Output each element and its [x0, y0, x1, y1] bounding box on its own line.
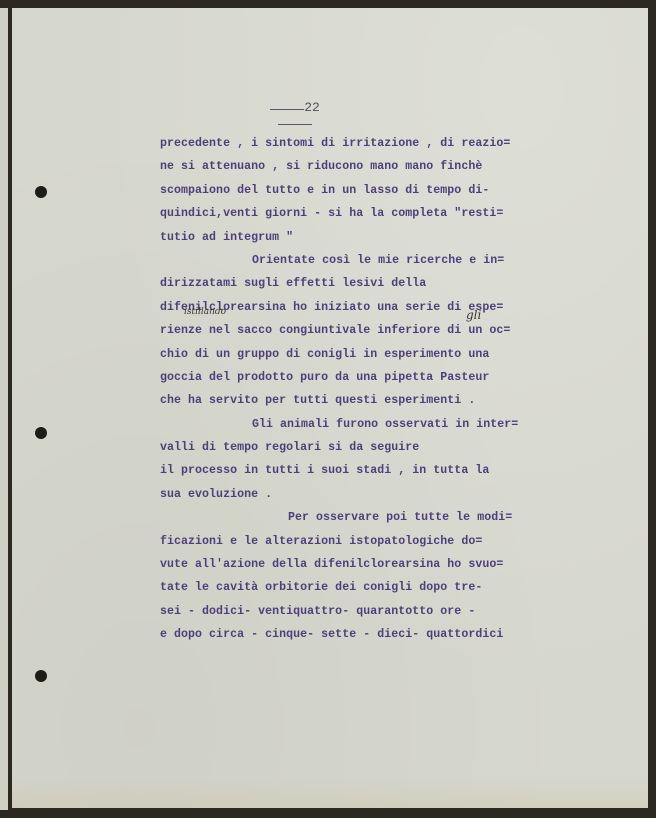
- text-line: il processo in tutti i suoi stadi , in t…: [160, 459, 540, 482]
- text-line: goccia del prodotto puro da una pipetta …: [160, 366, 540, 389]
- text-line: valli di tempo regolari si da seguire: [160, 436, 540, 459]
- text-line: chio di un gruppo di conigli in esperime…: [160, 343, 540, 366]
- text-line: ficazioni e le alterazioni istopatologic…: [160, 530, 540, 553]
- handwritten-annotation: istillando: [184, 307, 226, 317]
- text-line: tate le cavità orbitorie dei conigli dop…: [160, 576, 540, 599]
- paragraph-start: Gli animali furono osservati in inter=: [160, 413, 540, 436]
- text-line: che ha servito per tutti questi esperime…: [160, 389, 540, 412]
- text-line: precedente , i sintomi di irritazione , …: [160, 132, 540, 155]
- text-line: dirizzatami sugli effetti lesivi della: [160, 272, 540, 295]
- text-line: quindici,venti giorni - si ha la complet…: [160, 202, 540, 225]
- typed-text-body: precedente , i sintomi di irritazione , …: [160, 132, 540, 647]
- text-line: vute all'azione della difenilclorearsina…: [160, 553, 540, 576]
- punch-hole: [35, 427, 47, 439]
- text-line: rienze nel sacco congiuntivale inferiore…: [160, 319, 540, 342]
- text-line: scompaiono del tutto e in un lasso di te…: [160, 179, 540, 202]
- punch-hole: [35, 186, 47, 198]
- paragraph-start: Orientate così le mie ricerche e in=: [160, 249, 540, 272]
- handwritten-annotation: gli: [466, 308, 481, 322]
- paper-shading: [12, 778, 648, 808]
- text-line: sei - dodici- ventiquattro- quarantotto …: [160, 600, 540, 623]
- text-line: sua evoluzione .: [160, 483, 540, 506]
- page-number-text: 22: [304, 100, 320, 115]
- page-number: 22: [255, 100, 335, 130]
- paragraph-start: Per osservare poi tutte le modi=: [160, 506, 540, 529]
- text-line: e dopo circa - cinque- sette - dieci- qu…: [160, 623, 540, 646]
- text-line: tutio ad integrum ": [160, 226, 540, 249]
- adjacent-page-edge: [0, 8, 8, 810]
- punch-hole: [35, 670, 47, 682]
- text-line: ne si attenuano , si riducono mano mano …: [160, 155, 540, 178]
